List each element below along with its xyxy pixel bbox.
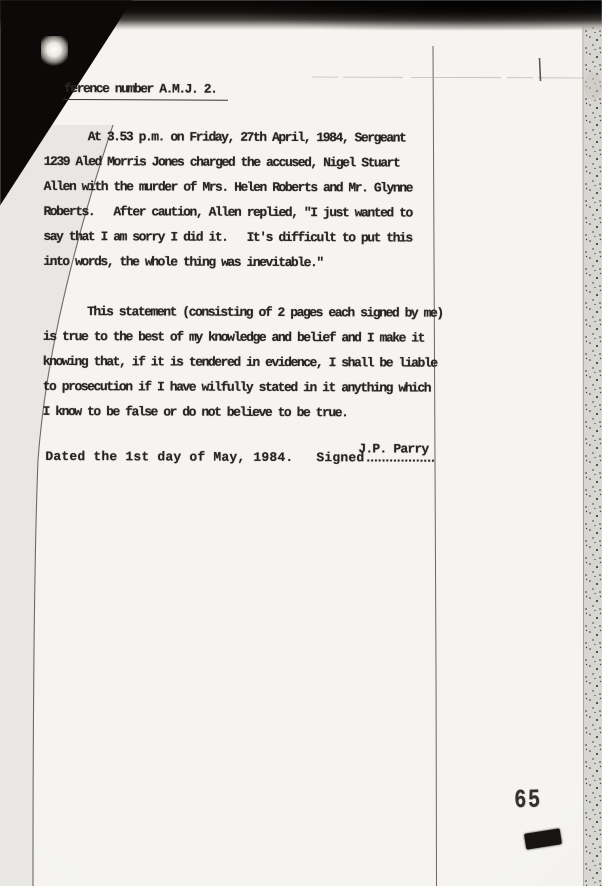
document-page: ference number A.M.J. 2. At 3.53 p.m. on… [0,0,602,886]
reference-heading: ference number A.M.J. 2. [63,81,229,101]
signed-label: Signed [316,450,364,465]
statement-line: knowing that, if it is tendered in evide… [43,354,437,372]
dated-line: Dated the 1st day of May, 1984. [45,449,293,466]
statement-line: to prosecution if I have wilfully stated… [43,379,431,397]
statement-line: 1239 Aled Morris Jones charged the accus… [44,154,400,172]
statement-line: Allen with the murder of Mrs. Helen Robe… [44,179,412,197]
statement-text: ference number A.M.J. 2. At 3.53 p.m. on… [0,0,602,886]
statement-line: At 3.53 p.m. on Friday, 27th April, 1984… [88,129,406,146]
page-number: 65 [514,786,542,813]
statement-line: into words, the whole thing was inevitab… [43,254,323,271]
signature-name: J.P. Parry [358,441,428,457]
statement-line: This statement (consisting of 2 pages ea… [87,304,443,322]
statement-line: say that I am sorry I did it. It's diffi… [43,229,411,247]
statement-line: is true to the best of my knowledge and … [43,329,424,347]
statement-line: I know to be false or do not believe to … [43,404,348,421]
statement-line: Roberts. After caution, Allen replied, "… [43,204,411,222]
